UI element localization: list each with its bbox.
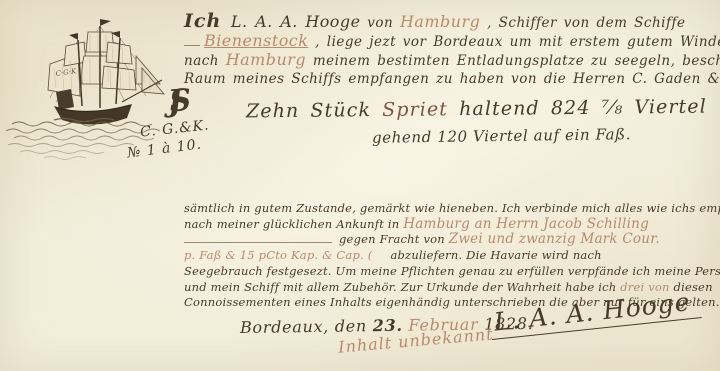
text-segment: um mit erstem gutem Winde [503, 34, 720, 50]
cargo-quantity: Zehn Stück [246, 99, 382, 122]
text-segment: gegen Fracht von [339, 232, 449, 246]
text-segment: , liege jezt vor [308, 34, 433, 50]
captain-name: L. A. A. Hooge [231, 12, 361, 31]
current-port: Bordeaux [433, 34, 503, 50]
consignee-name: Hamburg an Herrn Jacob Schilling [403, 216, 649, 232]
header-line-4: Raum meines Schiffs empfangen zu haben v… [184, 70, 718, 88]
cask-monogram-mark: JS [167, 84, 180, 120]
text-segment: sämtlich in gutem Zustande, gemärkt wie … [184, 201, 720, 215]
home-port: Hamburg [400, 12, 480, 31]
freight-amount: Zwei und zwanzig Mark Cour. [449, 231, 660, 247]
opening-word: Ich [184, 10, 231, 32]
ship-hull [54, 89, 132, 125]
text-segment: und mein Schiff mit allem Zubehör. Zur U… [184, 280, 620, 294]
blank-rule [184, 234, 332, 244]
cargo-good: Spriet [382, 98, 448, 121]
blank-rule [184, 35, 200, 46]
cargo-measure: haltend 824 ⁷⁄₈ Viertel [448, 96, 707, 121]
text-segment: meinem bestimten Entladungsplatze zu see… [306, 53, 720, 69]
header-line-2: Bienenstock , liege jezt vor Bordeaux um… [184, 32, 718, 51]
text-segment: abzuliefern. Die Havarie wird nach [390, 248, 601, 262]
header-line-1: Ich L. A. A. Hooge von Hamburg , Schiffe… [184, 12, 718, 32]
body-line-4: p. Faß & 15 pCto Kap. & Cap. (abzuliefer… [184, 248, 720, 264]
shippers-line: Raum meines Schiffs empfangen zu haben v… [184, 71, 720, 87]
bill-of-lading-scan: C·G·K JS C. G.& [0, 0, 720, 371]
body-line-3: gegen Fracht von Zwei und zwanzig Mark C… [184, 232, 720, 248]
header-paragraph: Ich L. A. A. Hooge von Hamburg , Schiffe… [184, 12, 718, 88]
body-line-5: Seegebrauch festgesezt. Um meine Pflicht… [184, 264, 720, 280]
destination-port: Hamburg [226, 50, 306, 69]
cargo-line-2: gehend 120 Viertel auf ein Faß. [372, 125, 631, 147]
text-segment: von [361, 15, 401, 31]
ship-name: Bienenstock [204, 31, 308, 50]
header-line-3: nach Hamburg meinem bestimten Entladungs… [184, 51, 718, 70]
freight-terms: p. Faß & 15 pCto Kap. & Cap. ( [184, 248, 372, 262]
text-segment: nach [184, 53, 226, 69]
body-line-1: sämtlich in gutem Zustande, gemärkt wie … [184, 201, 720, 217]
cargo-line-1: Zehn Stück Spriet haltend 824 ⁷⁄₈ Vierte… [246, 96, 707, 123]
place-label: Bordeaux, den [240, 316, 373, 337]
text-segment: , Schiffer von dem Schiffe [480, 15, 685, 31]
text-segment: nach meiner glücklichen Ankunft in [184, 217, 403, 231]
body-line-2: nach meiner glücklichen Ankunft in Hambu… [184, 217, 720, 233]
text-segment: Seegebrauch festgesezt. Um meine Pflicht… [184, 264, 720, 278]
